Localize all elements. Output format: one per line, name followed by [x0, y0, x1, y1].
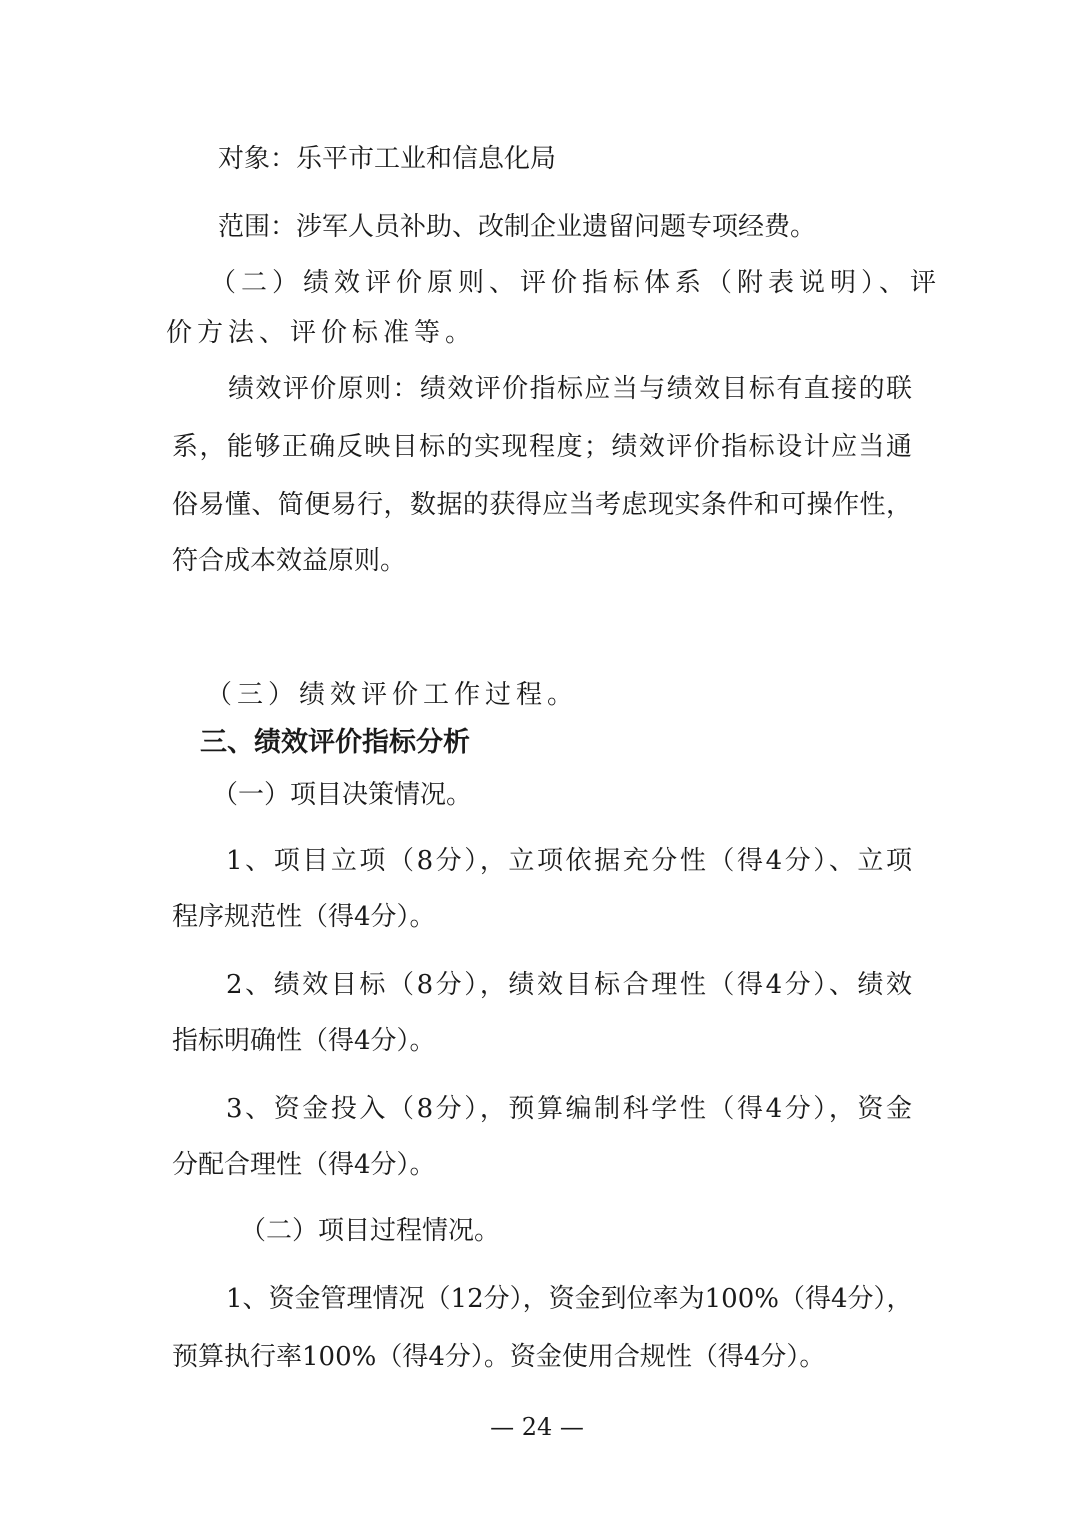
- section-3-heading: （三）绩效评价工作过程。: [206, 678, 578, 712]
- section-2-heading-line-1: （二）绩效评价原则、评价指标体系（附表说明）、评: [210, 266, 941, 300]
- item-3-line-2: 分配合理性（得4分）。: [172, 1148, 436, 1182]
- process-item-1-line-2: 预算执行率100%（得4分）。资金使用合规性（得4分）。: [172, 1340, 825, 1374]
- item-2-line-2: 指标明确性（得4分）。: [172, 1024, 436, 1058]
- principle-paragraph-line-2: 系，能够正确反映目标的实现程度；绩效评价指标设计应当通: [172, 430, 912, 464]
- item-3-line-1: 3、资金投入（8分），预算编制科学性（得4分），资金: [226, 1092, 912, 1126]
- process-item-1-line-1: 1、资金管理情况（12分），资金到位率为100%（得4分），: [226, 1282, 912, 1316]
- scope-object-line: 对象：乐平市工业和信息化局: [218, 142, 556, 176]
- item-2-line-1: 2、绩效目标（8分），绩效目标合理性（得4分）、绩效: [226, 968, 912, 1002]
- principle-paragraph-line-4: 符合成本效益原则。: [172, 544, 406, 578]
- section-2-heading-line-2: 价方法、评价标准等。: [166, 316, 476, 350]
- page-number: — 24 —: [0, 1412, 1074, 1442]
- principle-paragraph-line-3: 俗易懂、简便易行，数据的获得应当考虑现实条件和可操作性，: [172, 488, 912, 522]
- item-1-line-2: 程序规范性（得4分）。: [172, 900, 436, 934]
- subsection-process-heading: （二）项目过程情况。: [240, 1214, 500, 1248]
- item-1-line-1: 1、项目立项（8分），立项依据充分性（得4分）、立项: [226, 844, 912, 878]
- principle-paragraph-line-1: 绩效评价原则：绩效评价指标应当与绩效目标有直接的联: [228, 372, 912, 406]
- chapter-3-title: 三、绩效评价指标分析: [200, 726, 470, 760]
- subsection-decision-heading: （一）项目决策情况。: [212, 778, 472, 812]
- scope-range-line: 范围：涉军人员补助、改制企业遗留问题专项经费。: [218, 210, 816, 244]
